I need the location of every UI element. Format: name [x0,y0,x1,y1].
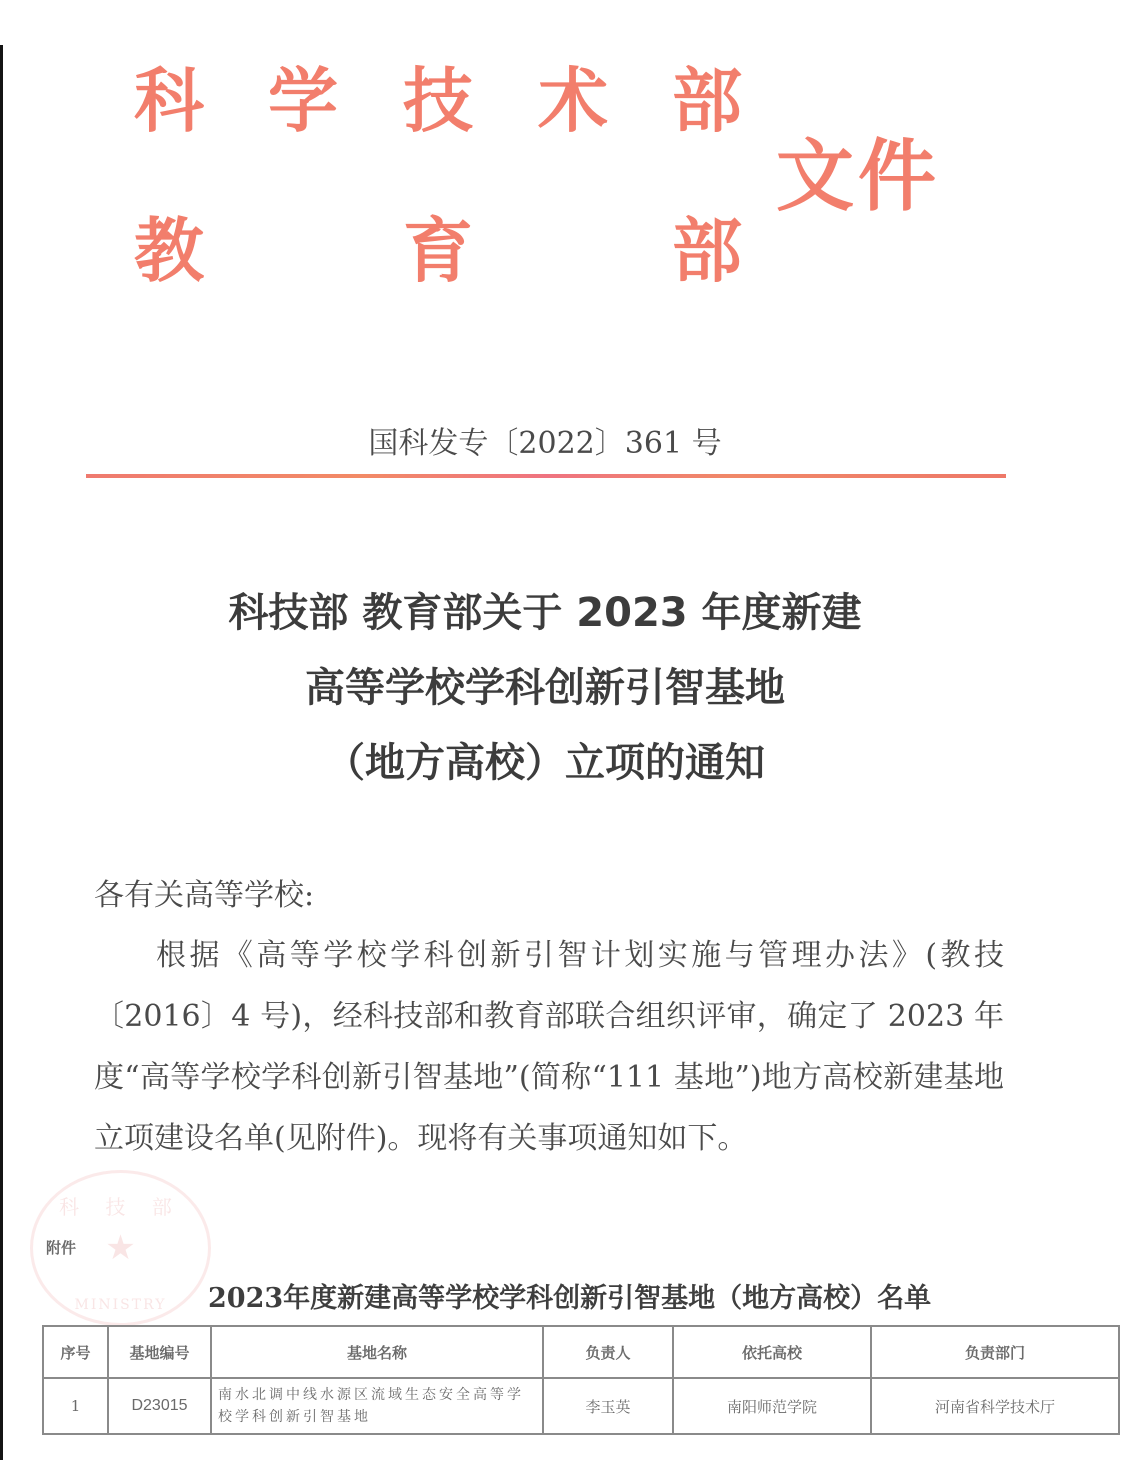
header-name: 基地名称 [211,1326,543,1378]
letterhead-char: 部 [672,66,742,136]
letterhead-char: 部 [672,216,742,286]
red-divider-rule [86,474,1006,478]
base-roster-table: 序号 基地编号 基地名称 负责人 依托高校 负责部门 1 D23015 南水北调… [42,1325,1120,1435]
seal-top-text: 科 技 部 [33,1191,208,1220]
header-code: 基地编号 [108,1326,211,1378]
attachment-list-title: 2023年度新建高等学校学科创新引智基地（地方高校）名单 [208,1276,931,1315]
attachment-label: 附件 [46,1237,76,1258]
cell-leader: 李玉英 [543,1378,673,1434]
cell-department: 河南省科学技术厅 [871,1378,1119,1434]
header-department: 负责部门 [871,1326,1119,1378]
cell-index: 1 [43,1378,108,1434]
letterhead-char: 育 [403,216,473,286]
body-paragraph: 根据《高等学校学科创新引智计划实施与管理办法》(教技〔2016〕4 号)，经科技… [94,925,1004,1169]
header-leader: 负责人 [543,1326,673,1378]
letterhead-char: 教 [134,216,204,286]
seal-bottom-text: MINISTRY [33,1297,208,1313]
title-line-2: 高等学校学科创新引智基地 [0,668,1090,708]
title-line-1: 科技部 教育部关于 2023 年度新建 [0,593,1090,633]
header-university: 依托高校 [673,1326,871,1378]
header-index: 序号 [43,1326,108,1378]
letterhead-file-label: 文件 [776,138,940,216]
cell-university: 南阳师范学院 [673,1378,871,1434]
letterhead-char: 技 [403,66,473,136]
letterhead-char: 学 [268,66,338,136]
table-header-row: 序号 基地编号 基地名称 负责人 依托高校 负责部门 [43,1326,1119,1378]
cell-code: D23015 [108,1378,211,1434]
salutation: 各有关高等学校: [94,870,314,914]
document-number: 国科发专〔2022〕361 号 [0,418,1090,462]
letterhead-char: 科 [134,66,204,136]
title-line-3: （地方高校）立项的通知 [0,743,1090,783]
letterhead-char: 术 [538,66,608,136]
table-row: 1 D23015 南水北调中线水源区流域生态安全高等学校学科创新引智基地 李玉英… [43,1378,1119,1434]
cell-name: 南水北调中线水源区流域生态安全高等学校学科创新引智基地 [211,1378,543,1434]
